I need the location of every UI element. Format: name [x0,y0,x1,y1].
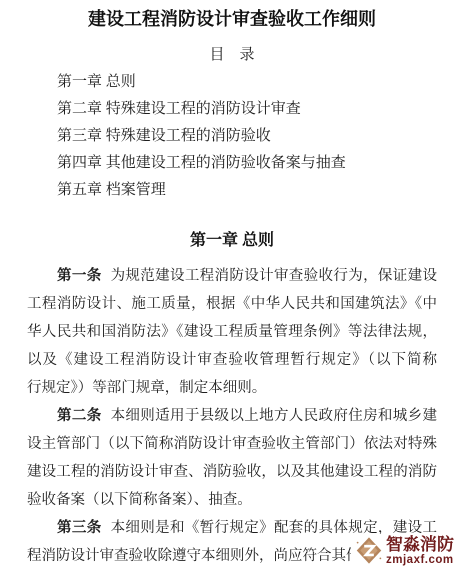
watermark-brand: 智淼消防 [386,536,454,554]
article-1-line-2: 工程消防设计、施工质量，根据《中华人民共和国建筑法》《中 [27,290,437,318]
chapter-title: 第一章 总则 [27,233,437,249]
document-page: 建设工程消防设计审查验收工作细则 目 录 第一章 总则 第二章 特殊建设工程的消… [0,0,462,571]
article-1-line-3: 华人民共和国消防法》《建设工程质量管理条例》等法律法规， [27,318,437,346]
body-text: 第一条为规范建设工程消防设计审查验收行为，保证建设 工程消防设计、施工质量，根据… [27,262,437,570]
article-2-line-4: 验收备案（以下简称备案）、抽查。 [27,486,437,514]
zhimiao-logo-icon [355,535,383,566]
article-2-number: 第二条 [57,408,102,424]
table-of-contents: 第一章 总则 第二章 特殊建设工程的消防设计审查 第三章 特殊建设工程的消防验收… [27,69,437,204]
article-1-line-4: 以及《建设工程消防设计审查验收管理暂行规定》（以下简称《暂 [27,346,437,374]
article-2-line-3: 建设工程的消防设计审查、消防验收，以及其他建设工程的消防 [27,458,437,486]
article-3-number: 第三条 [57,520,102,536]
toc-item-chapter-4: 第四章 其他建设工程的消防验收备案与抽查 [27,150,437,177]
article-1-line-1: 第一条为规范建设工程消防设计审查验收行为，保证建设 [27,262,437,290]
article-1-line-5: 行规定》）等部门规章，制定本细则。 [27,374,437,402]
page-title: 建设工程消防设计审查验收工作细则 [27,9,437,29]
toc-item-chapter-1: 第一章 总则 [27,69,437,96]
toc-item-chapter-2: 第二章 特殊建设工程的消防设计审查 [27,96,437,123]
watermark-text: 智淼消防 zmjaxf.com [386,536,454,566]
toc-item-chapter-5: 第五章 档案管理 [27,177,437,204]
watermark-site: zmjaxf.com [386,554,454,566]
article-2-line-1: 第二条本细则适用于县级以上地方人民政府住房和城乡建 [27,402,437,430]
article-2-line-2: 设主管部门（以下简称消防设计审查验收主管部门）依法对特殊 [27,430,437,458]
watermark: 智淼消防 zmjaxf.com [351,534,456,568]
toc-item-chapter-3: 第三章 特殊建设工程的消防验收 [27,123,437,150]
toc-title: 目 录 [27,47,437,63]
article-1-number: 第一条 [57,268,102,284]
